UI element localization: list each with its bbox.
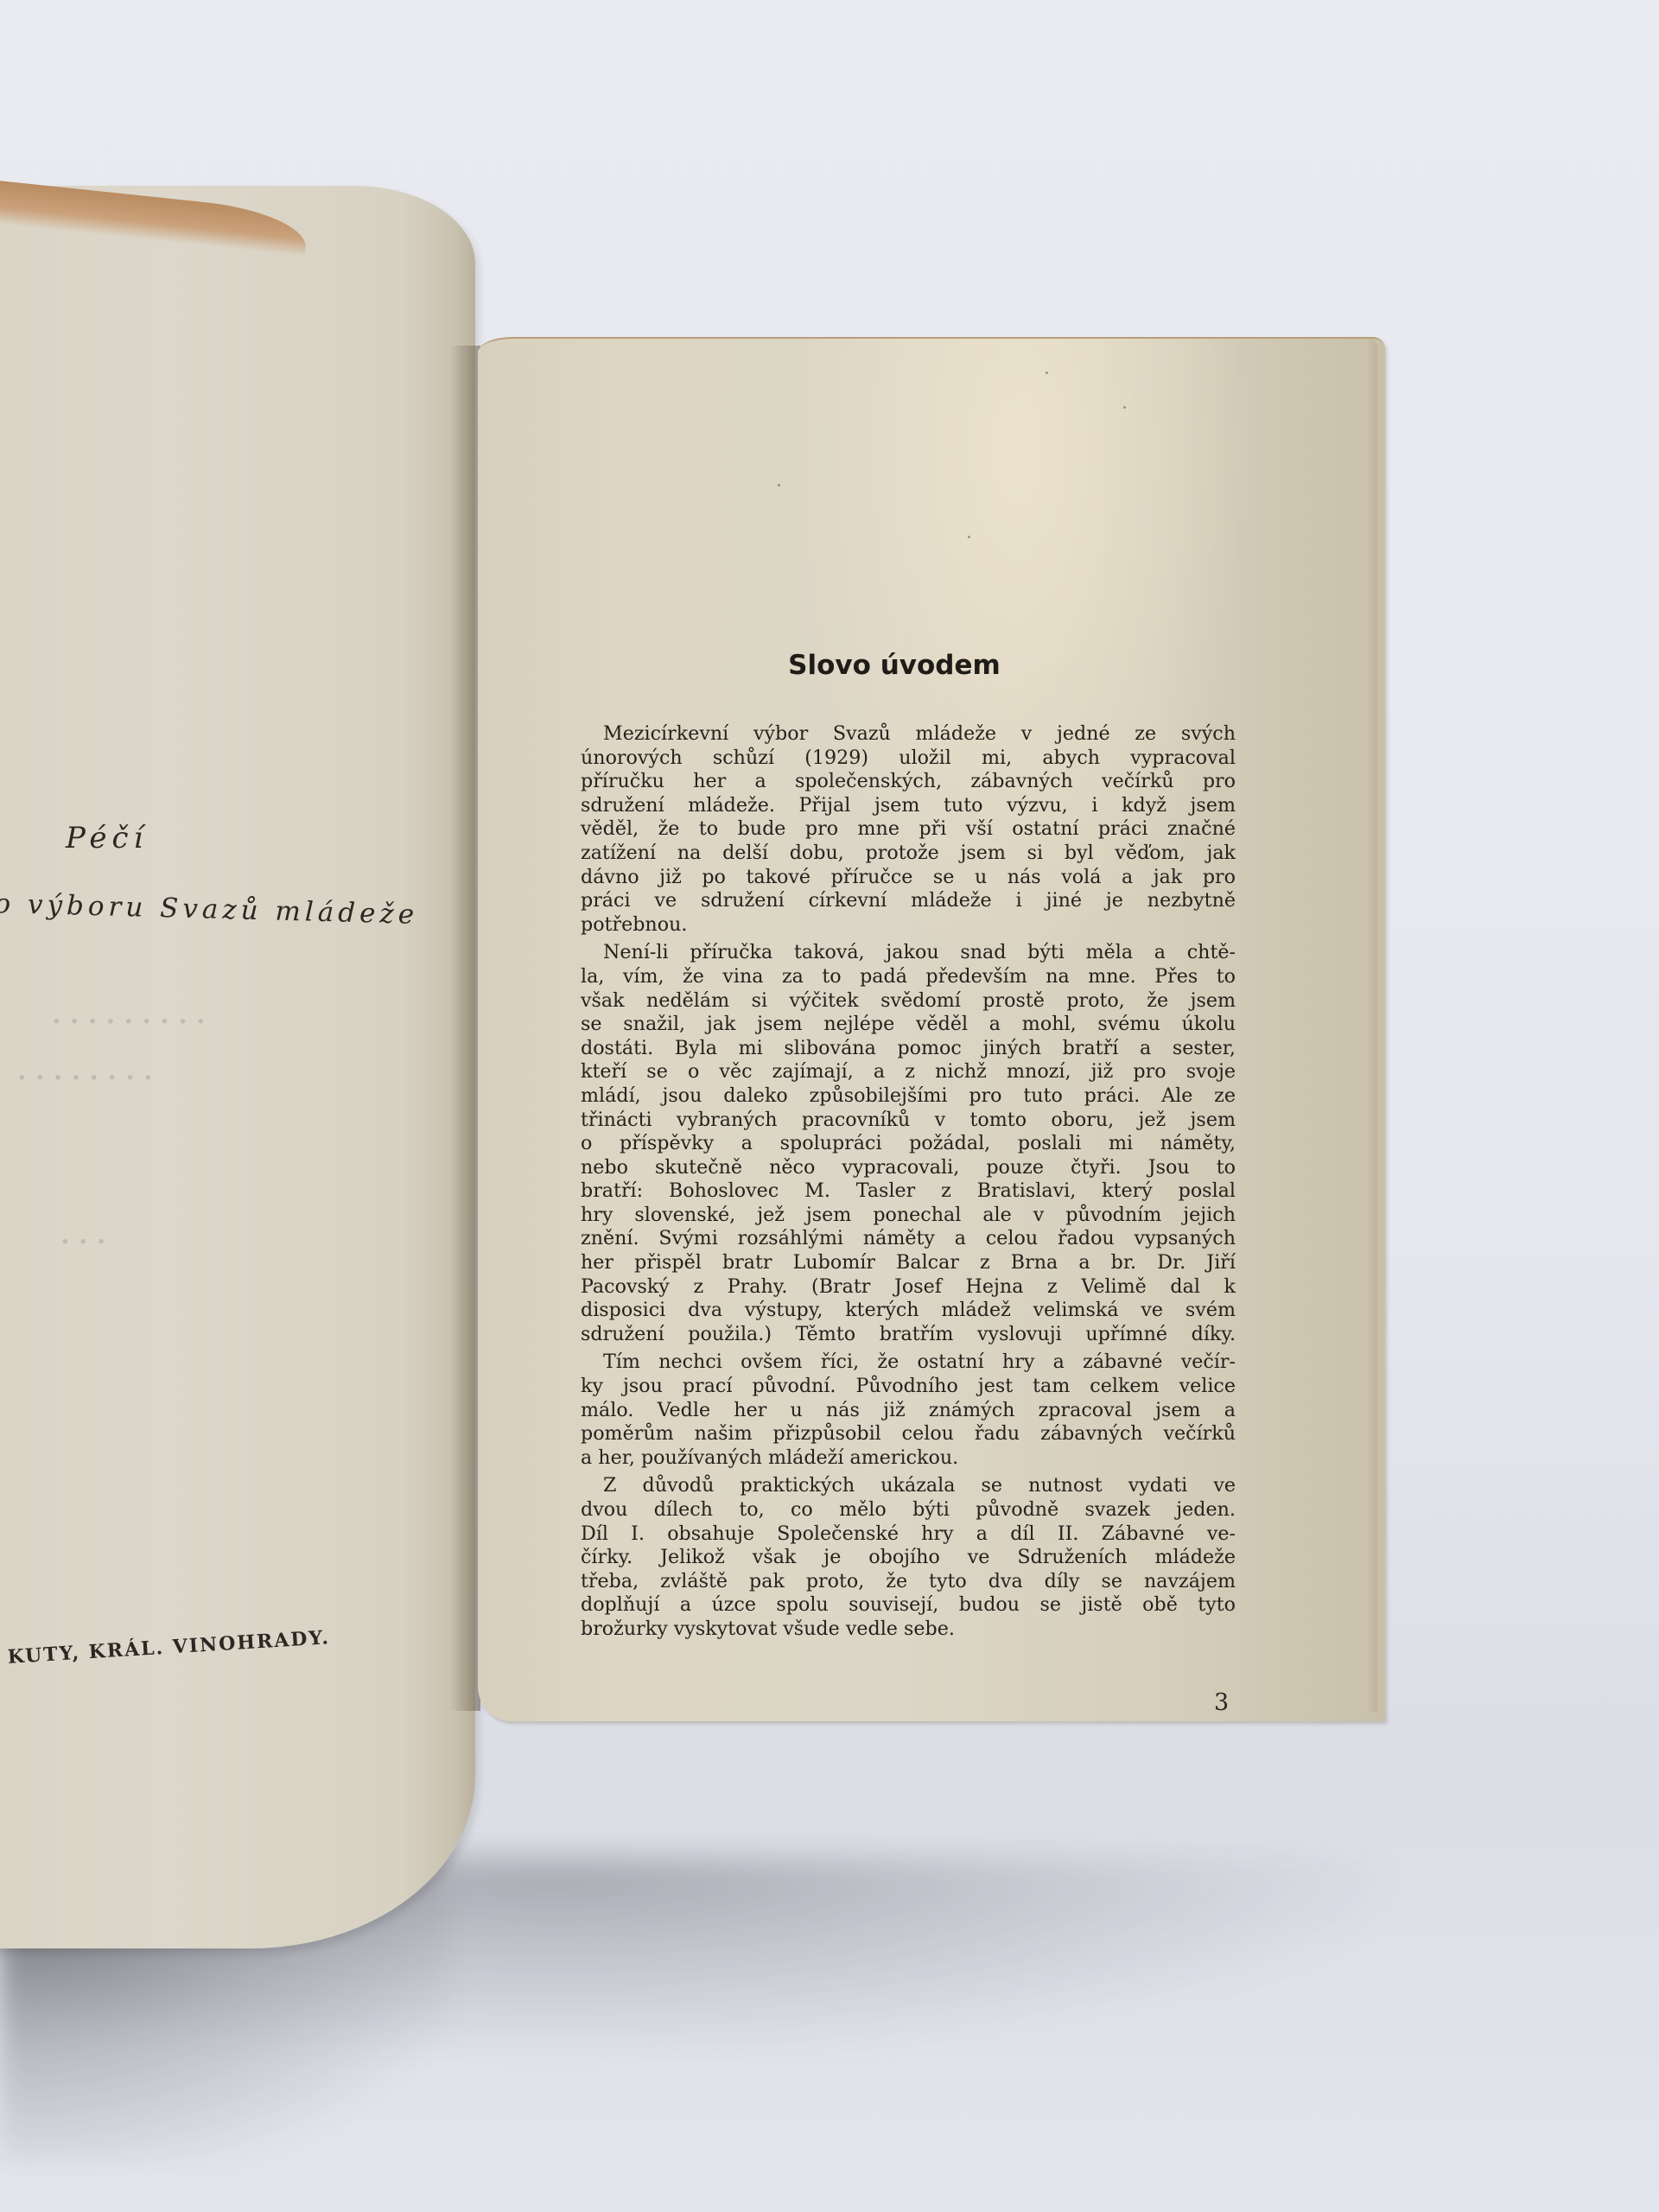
text-line: hry slovenské, jež jsem ponechal ale v p… <box>581 1204 1236 1228</box>
paper-speck <box>778 484 780 486</box>
text-line: třinácti vybraných pracovníků v tomto ob… <box>581 1109 1236 1133</box>
right-page-edge <box>1365 339 1377 1713</box>
text-line: práci ve sdružení církevní mládeže i jin… <box>581 889 1236 913</box>
page-title: Slovo úvodem <box>752 650 1037 681</box>
text-line: znění. Svými rozsáhlými náměty a celou ř… <box>581 1227 1236 1251</box>
text-line: věděl, že to bude pro mne při vší ostatn… <box>581 817 1236 842</box>
text-line: však nedělám si výčitek svědomí prostě p… <box>581 989 1236 1014</box>
text-line: Tím nechci ovšem říci, že ostatní hry a … <box>581 1351 1236 1375</box>
text-line: dávno již po takové příručce se u nás vo… <box>581 866 1236 890</box>
text-line: la, vím, že vina za to padá především na… <box>581 965 1236 989</box>
text-line: zatížení na delší dobu, protože jsem si … <box>581 842 1236 866</box>
text-line: sdružení mládeže. Přijal jsem tuto výzvu… <box>581 794 1236 818</box>
text-line: disposici dva výstupy, kterých mládež ve… <box>581 1299 1236 1323</box>
paragraph-2: Není-li příručka taková, jakou snad býti… <box>581 941 1236 1346</box>
text-line: brožurky vyskytovat všude vedle sebe. <box>581 1618 1236 1642</box>
text-line: potřebnou. <box>581 913 1236 938</box>
paragraph-3: Tím nechci ovšem říci, že ostatní hry a … <box>581 1351 1236 1470</box>
text-line: a her, používaných mládeží americkou. <box>581 1446 1236 1471</box>
text-line: Díl I. obsahuje Společenské hry a díl II… <box>581 1522 1236 1547</box>
paper-speck <box>1046 372 1048 374</box>
text-line: málo. Vedle her u nás již známých zpraco… <box>581 1399 1236 1423</box>
page-number: 3 <box>1214 1689 1229 1716</box>
text-line: únorových schůzí (1929) uložil mi, abych… <box>581 747 1236 771</box>
text-line: třeba, zvláště pak proto, že tyto dva dí… <box>581 1570 1236 1594</box>
text-line: Není-li příručka taková, jakou snad býti… <box>581 941 1236 965</box>
text-line: her přispěl bratr Lubomír Balcar z Brna … <box>581 1251 1236 1275</box>
show-through-text: · · · · · · · · · <box>52 1007 206 1037</box>
text-line: Pacovský z Prahy. (Bratr Josef Hejna z V… <box>581 1275 1236 1300</box>
text-line: mládí, jsou daleko způsobilejšími pro tu… <box>581 1084 1236 1109</box>
text-line: Mezicírkevní výbor Svazů mládeže v jedné… <box>581 722 1236 747</box>
text-line: ky jsou prací původní. Původního jest ta… <box>581 1375 1236 1399</box>
body-text: Mezicírkevní výbor Svazů mládeže v jedné… <box>581 722 1236 1646</box>
text-line: se snažil, jak jsem nejlépe věděl a mohl… <box>581 1013 1236 1037</box>
paper-speck <box>1123 406 1126 409</box>
left-page-credit-line-1: Péčí <box>66 821 148 855</box>
show-through-text: · · · · · · · · <box>17 1063 153 1093</box>
show-through-text: · · · <box>60 1227 105 1257</box>
text-line: dostáti. Byla mi slibována pomoc jiných … <box>581 1037 1236 1061</box>
text-line: doplňují a úzce spolu souvisejí, budou s… <box>581 1593 1236 1618</box>
text-line: bratří: Bohoslovec M. Tasler z Bratislav… <box>581 1179 1236 1204</box>
paragraph-1: Mezicírkevní výbor Svazů mládeže v jedné… <box>581 722 1236 937</box>
text-line: Z důvodů praktických ukázala se nutnost … <box>581 1474 1236 1498</box>
text-line: sdružení použila.) Těmto bratřím vyslovu… <box>581 1323 1236 1347</box>
book-gutter <box>449 346 480 1711</box>
paper-speck <box>968 536 970 538</box>
text-line: kteří se o věc zajímají, a z nichž mnozí… <box>581 1060 1236 1084</box>
text-line: příručku her a společenských, zábavných … <box>581 770 1236 794</box>
paragraph-4: Z důvodů praktických ukázala se nutnost … <box>581 1474 1236 1641</box>
text-line: nebo skutečně něco vypracovali, pouze čt… <box>581 1156 1236 1180</box>
text-line: dvou dílech to, co mělo býti původně sva… <box>581 1498 1236 1522</box>
text-line: o příspěvky a spolupráci požádal, poslal… <box>581 1132 1236 1156</box>
text-line: čírky. Jelikož však je obojího ve Sdruže… <box>581 1546 1236 1570</box>
text-line: poměrům našim přizpůsobil celou řadu záb… <box>581 1422 1236 1446</box>
